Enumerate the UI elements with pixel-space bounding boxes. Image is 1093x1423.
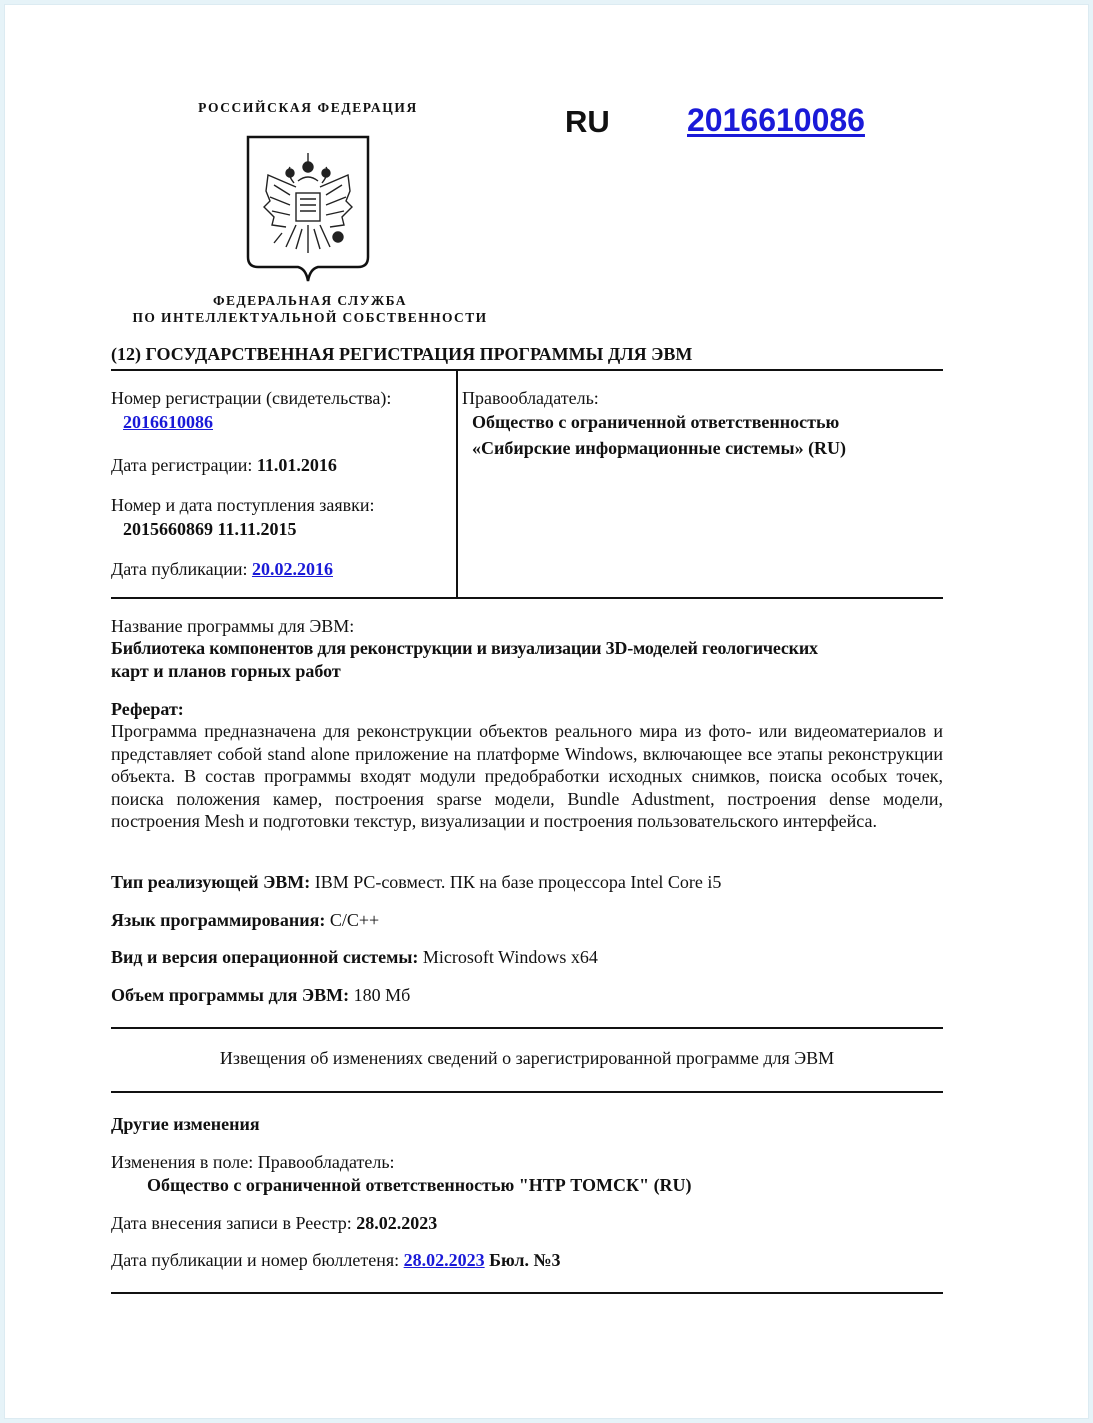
divider xyxy=(111,1292,943,1294)
agency-line-2: ПО ИНТЕЛЛЕКТУАЛЬНОЙ СОБСТВЕННОСТИ xyxy=(110,309,510,326)
notices-title: Извещения об изменениях сведений о зарег… xyxy=(111,1048,943,1069)
computer-type-value: IBM PC-совмест. ПК на базе процессора In… xyxy=(315,872,722,892)
agency-line-1: ФЕДЕРАЛЬНАЯ СЛУЖБА xyxy=(110,292,510,309)
registry-date-row: Дата внесения записи в Реестр: 28.02.202… xyxy=(111,1211,437,1235)
country-code: RU xyxy=(565,104,610,140)
abstract-text: Программа предназначена для реконструкци… xyxy=(111,720,943,833)
size-row: Объем программы для ЭВМ: 180 Мб xyxy=(111,983,410,1007)
country-title: РОССИЙСКАЯ ФЕДЕРАЦИЯ xyxy=(196,100,420,116)
bulletin-label: Дата публикации и номер бюллетеня: xyxy=(111,1250,399,1270)
bulletin-date-link[interactable]: 28.02.2023 xyxy=(404,1250,485,1270)
field-change-label: Изменения в поле: Правообладатель: xyxy=(111,1150,395,1174)
other-changes-label: Другие изменения xyxy=(111,1112,260,1136)
os-value: Microsoft Windows x64 xyxy=(423,947,598,967)
size-value: 180 Мб xyxy=(354,985,411,1005)
holder-line-2: «Сибирские информационные системы» (RU) xyxy=(472,436,846,460)
program-name-line-2: карт и планов горных работ xyxy=(111,659,341,683)
application-value: 2015660869 11.11.2015 xyxy=(123,517,297,541)
russian-coat-of-arms-icon xyxy=(246,135,370,283)
registry-date-label: Дата внесения записи в Реестр: xyxy=(111,1213,352,1233)
divider xyxy=(111,369,943,371)
column-divider xyxy=(456,370,458,598)
language-row: Язык программирования: C/C++ xyxy=(111,908,379,932)
document-kind-title: (12) ГОСУДАРСТВЕННАЯ РЕГИСТРАЦИЯ ПРОГРАМ… xyxy=(111,344,692,365)
size-label: Объем программы для ЭВМ: xyxy=(111,985,349,1005)
bulletin-number: Бюл. №3 xyxy=(489,1250,560,1270)
registry-date-value: 28.02.2023 xyxy=(356,1213,437,1233)
publication-row: Дата публикации: 20.02.2016 xyxy=(111,557,333,581)
reg-date-label: Дата регистрации: xyxy=(111,455,252,475)
divider xyxy=(111,1091,943,1093)
reg-number-label: Номер регистрации (свидетельства): xyxy=(111,386,391,410)
program-name-line-1: Библиотека компонентов для реконструкции… xyxy=(111,636,951,660)
language-value: C/C++ xyxy=(330,910,379,930)
program-name-label: Название программы для ЭВМ: xyxy=(111,614,354,638)
publication-date-link[interactable]: 20.02.2016 xyxy=(252,559,333,579)
language-label: Язык программирования: xyxy=(111,910,325,930)
computer-type-row: Тип реализующей ЭВМ: IBM PC-совмест. ПК … xyxy=(111,870,721,894)
publication-label: Дата публикации: xyxy=(111,559,247,579)
bulletin-row: Дата публикации и номер бюллетеня: 28.02… xyxy=(111,1248,561,1272)
agency-name: ФЕДЕРАЛЬНАЯ СЛУЖБА ПО ИНТЕЛЛЕКТУАЛЬНОЙ С… xyxy=(110,292,510,326)
reg-date-row: Дата регистрации: 11.01.2016 xyxy=(111,453,337,477)
divider xyxy=(111,597,943,599)
os-label: Вид и версия операционной системы: xyxy=(111,947,418,967)
document-number-link[interactable]: 2016610086 xyxy=(687,102,865,139)
application-label: Номер и дата поступления заявки: xyxy=(111,493,375,517)
new-holder: Общество с ограниченной ответственностью… xyxy=(147,1173,692,1197)
reg-number-link[interactable]: 2016610086 xyxy=(123,410,213,434)
abstract-label: Реферат: xyxy=(111,697,184,721)
holder-label: Правообладатель: xyxy=(462,386,599,410)
holder-line-1: Общество с ограниченной ответственностью xyxy=(472,410,839,434)
computer-type-label: Тип реализующей ЭВМ: xyxy=(111,872,310,892)
reg-date-value: 11.01.2016 xyxy=(257,455,337,475)
os-row: Вид и версия операционной системы: Micro… xyxy=(111,945,598,969)
divider xyxy=(111,1027,943,1029)
